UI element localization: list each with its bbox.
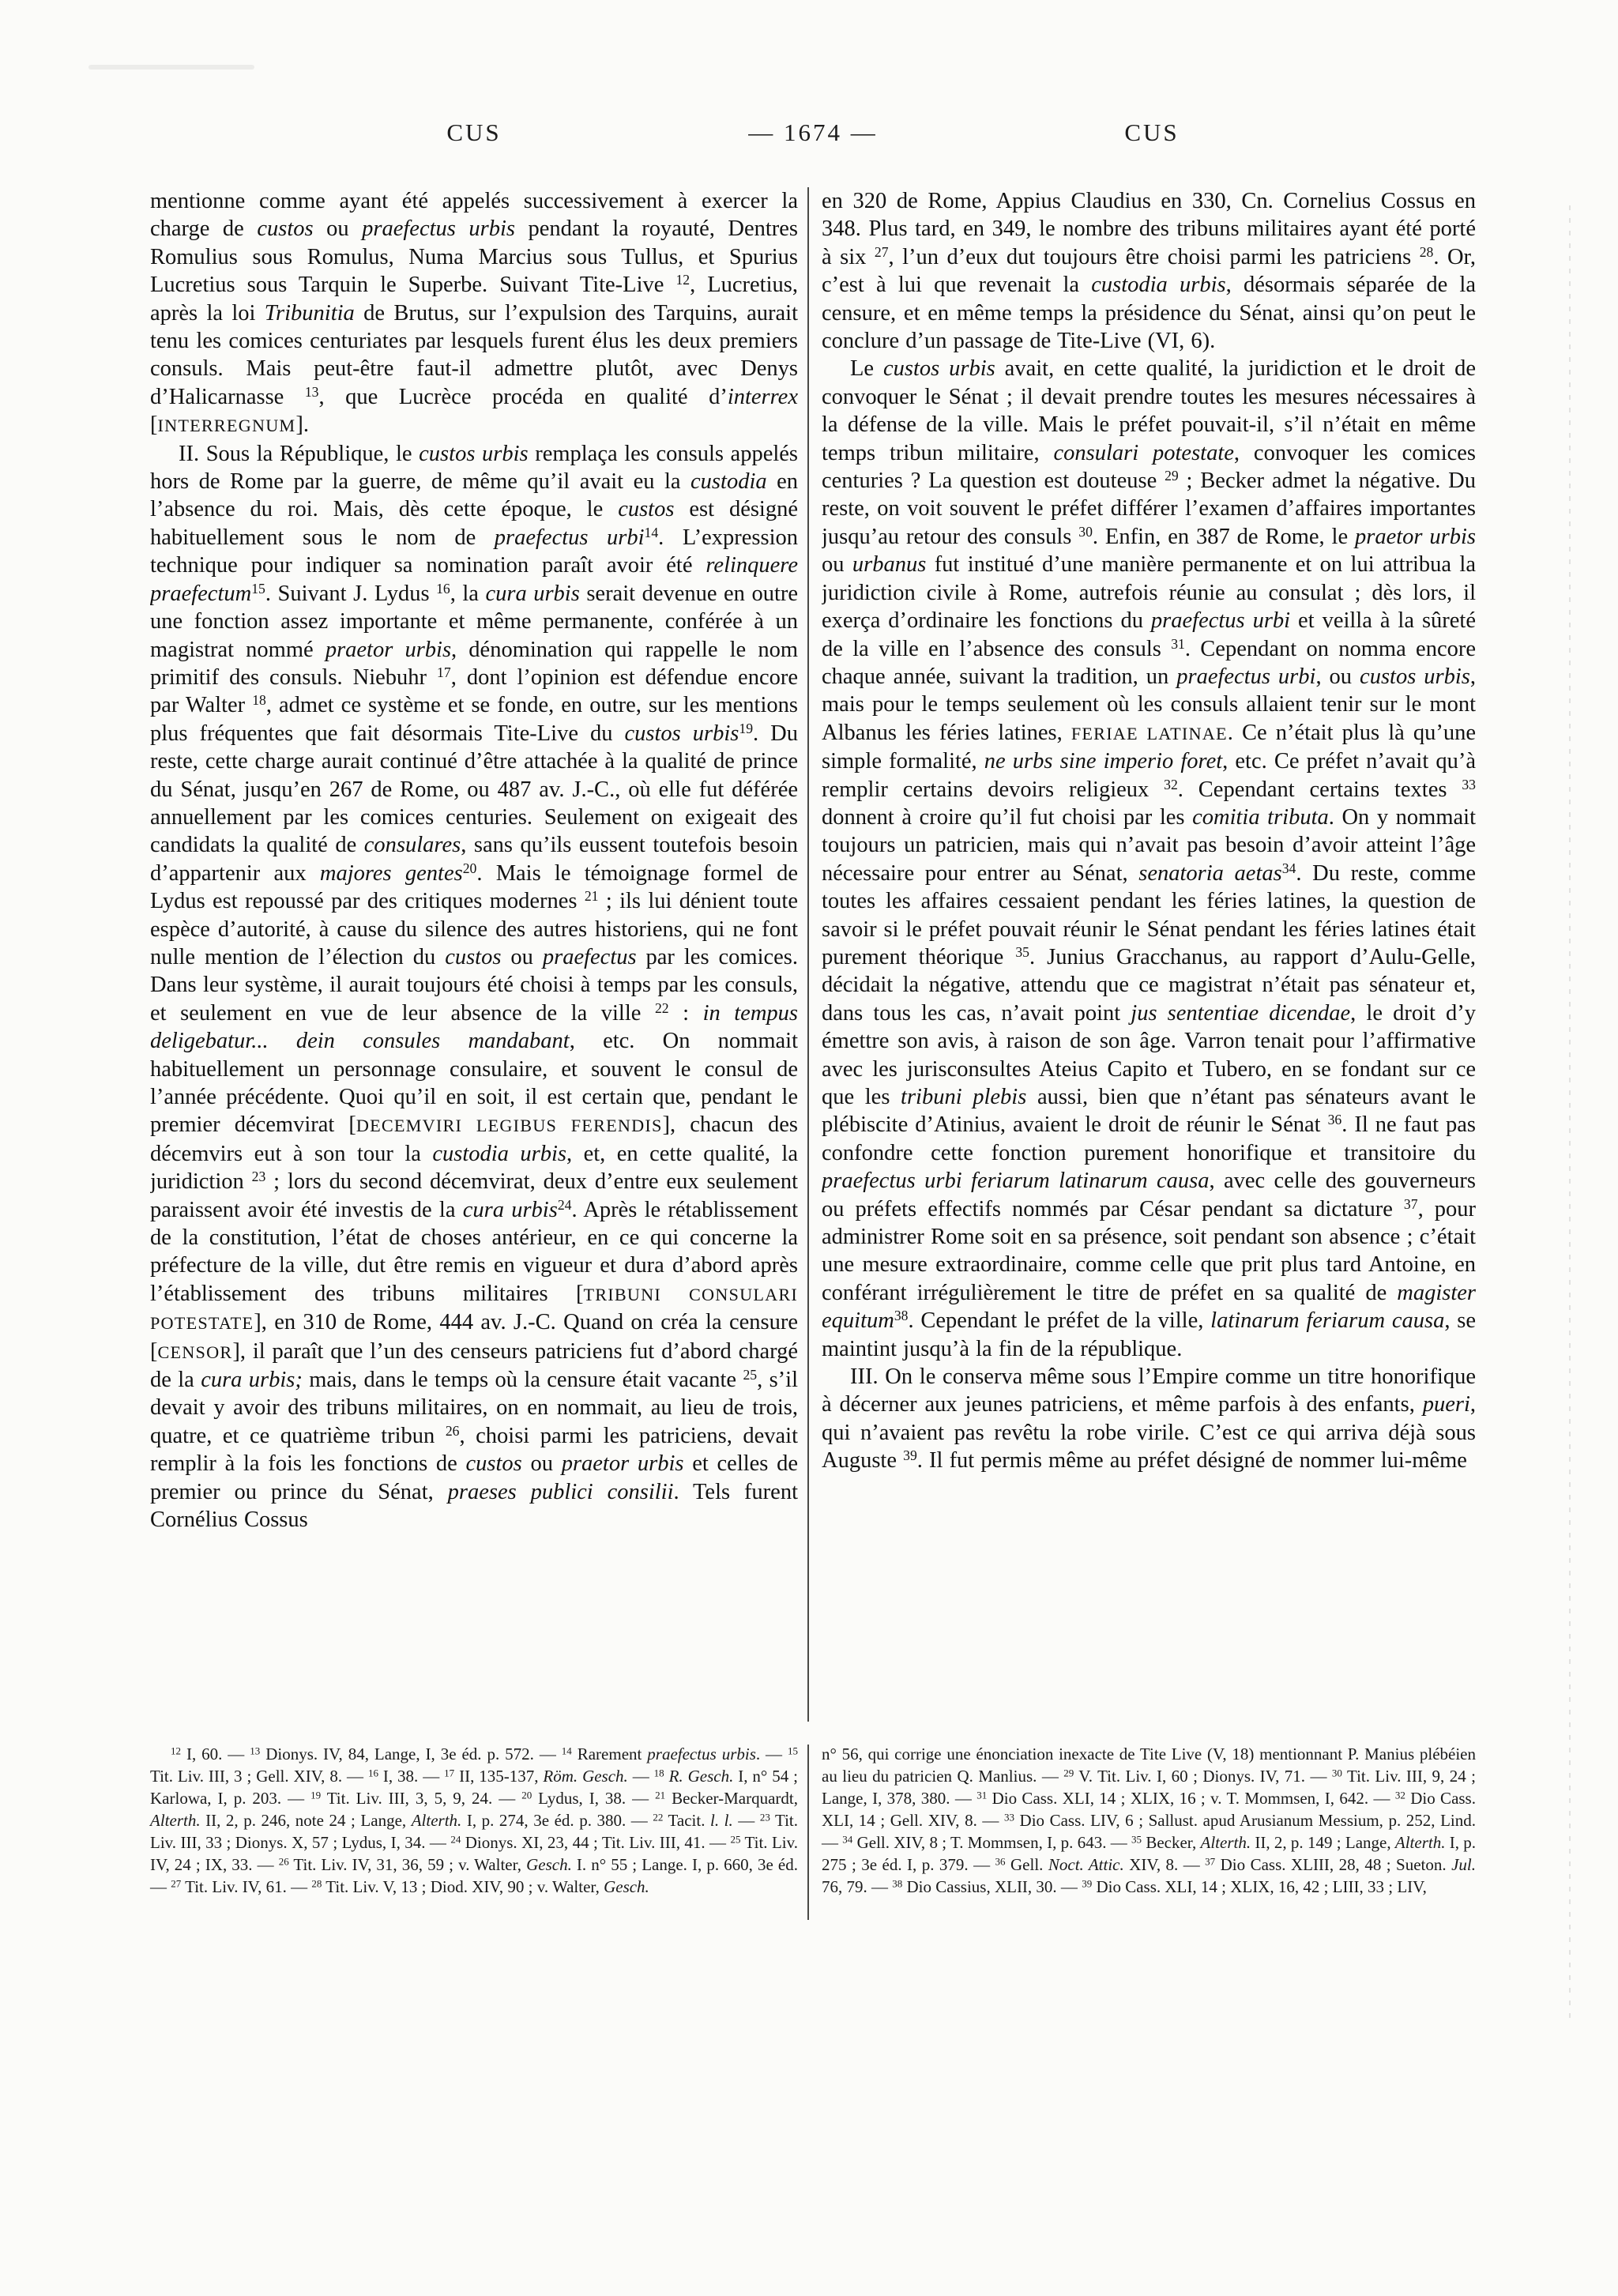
text-column-right: en 320 de Rome, Appius Claudius en 330, … xyxy=(822,187,1476,1730)
column-divider-rule xyxy=(807,187,809,1722)
paragraph: III. On le conserva même sous l’Empire c… xyxy=(822,1363,1476,1475)
paragraph: Le custos urbis avait, en cette qualité,… xyxy=(822,355,1476,1363)
footnotes-left: 12 I, 60. — 13 Dionys. IV, 84, Lange, I,… xyxy=(150,1743,798,1898)
text-column-left: mentionne comme ayant été appelés succes… xyxy=(150,187,798,1730)
paragraph: mentionne comme ayant été appelés succes… xyxy=(150,187,798,440)
scanned-dictionary-page: CUS — 1674 — CUS mentionne comme ayant é… xyxy=(0,0,1618,2296)
paragraph: II. Sous la République, le custos urbis … xyxy=(150,440,798,1534)
paragraph: 12 I, 60. — 13 Dionys. IV, 84, Lange, I,… xyxy=(150,1743,798,1898)
header-keyword-right: CUS xyxy=(828,119,1476,147)
scan-artifact-smudge xyxy=(88,65,254,70)
paragraph: en 320 de Rome, Appius Claudius en 330, … xyxy=(822,187,1476,355)
scan-edge-shadow xyxy=(1569,205,1571,2023)
footnotes-right: n° 56, qui corrige une énonciation inexa… xyxy=(822,1743,1476,1898)
paragraph: n° 56, qui corrige une énonciation inexa… xyxy=(822,1743,1476,1898)
footnote-divider-rule xyxy=(807,1745,809,1920)
